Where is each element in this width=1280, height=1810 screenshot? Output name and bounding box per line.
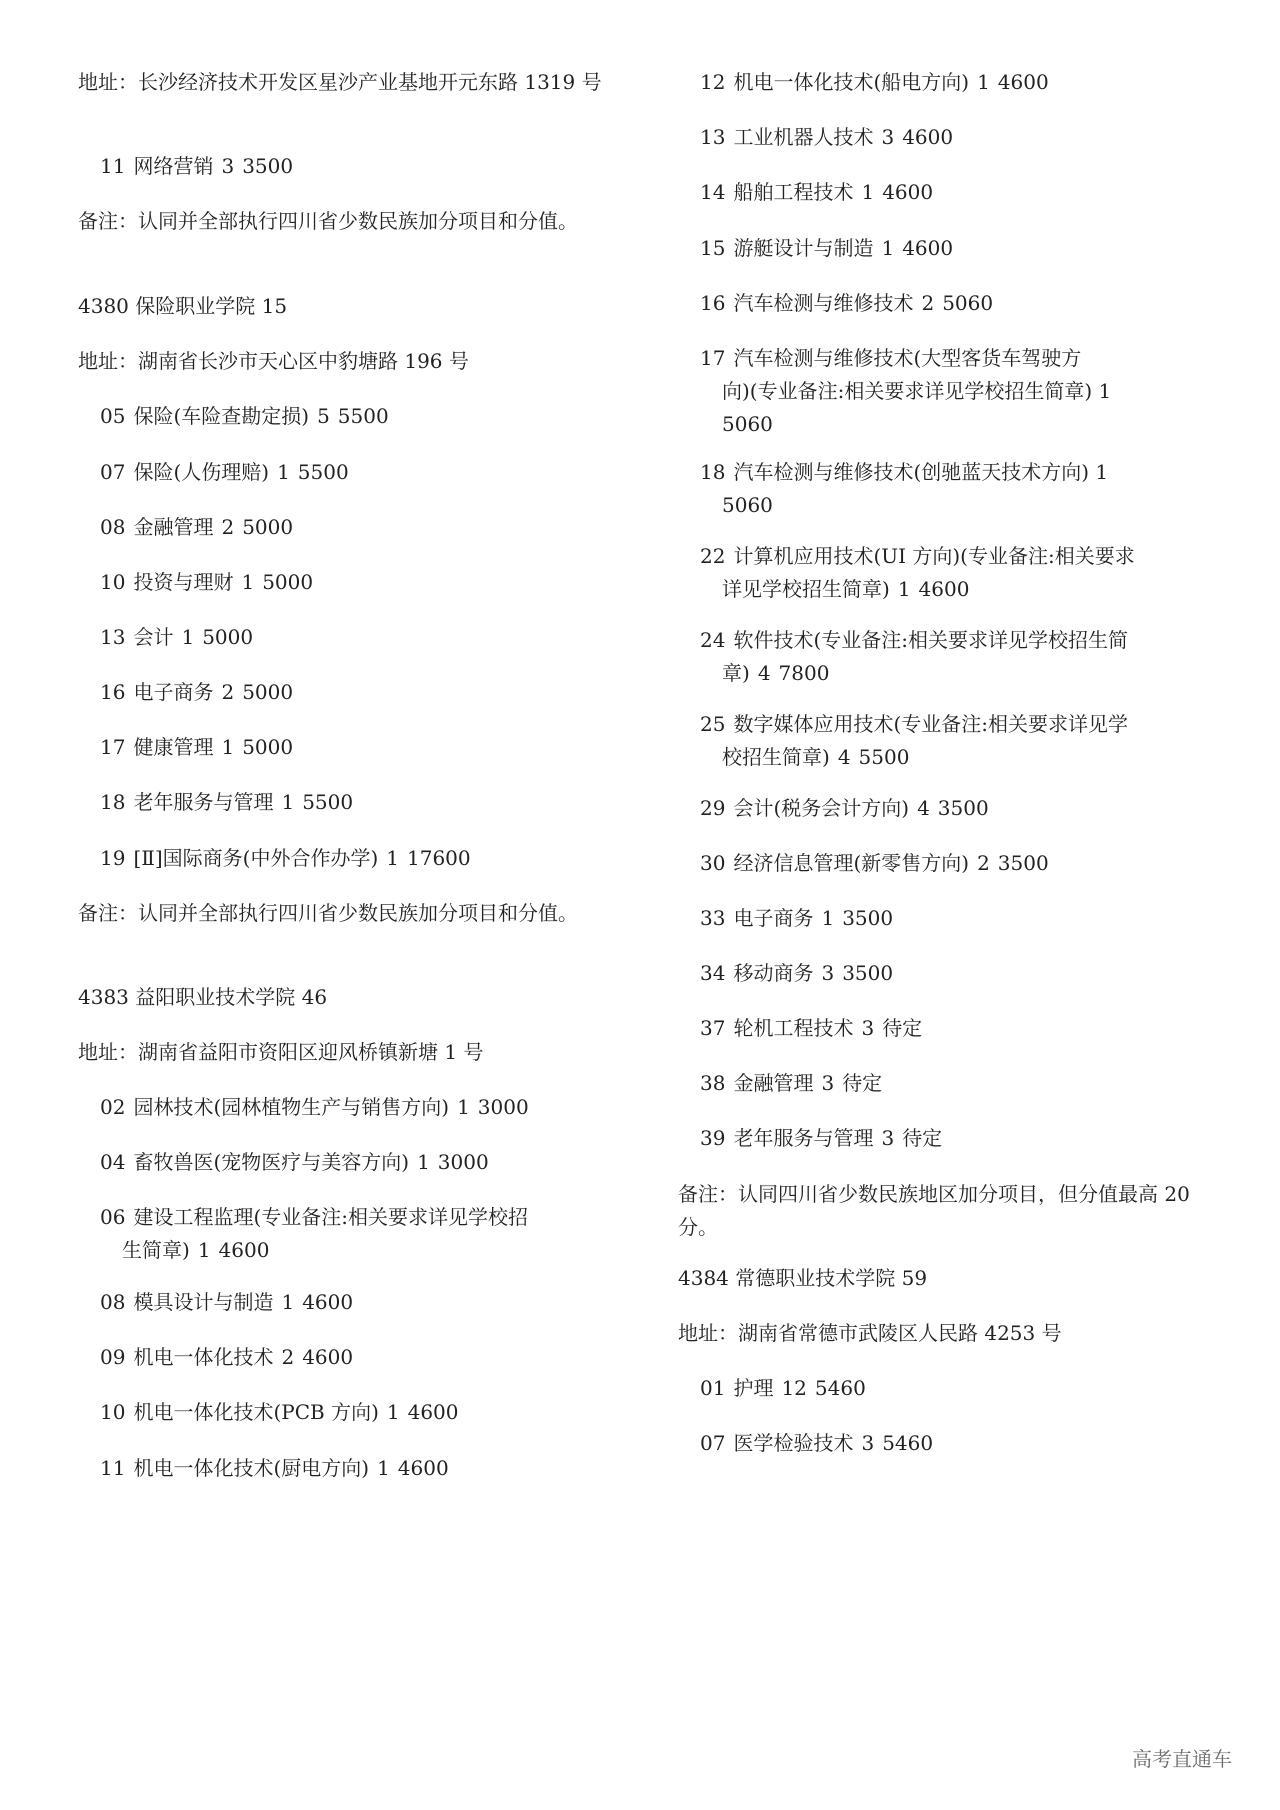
tuition-fee: 5460 — [882, 1431, 933, 1455]
major-name: 船舶工程技术 — [733, 180, 853, 204]
enroll-count: 1 — [181, 625, 194, 649]
major-name: 健康管理 — [133, 735, 213, 759]
text-paragraph: 4384 常德职业技术学院 59 — [678, 1262, 1228, 1295]
major-name: 园林技术(园林植物生产与销售方向) — [133, 1095, 449, 1119]
major-code: 02 — [100, 1095, 125, 1119]
enroll-count: 1 — [821, 906, 834, 930]
wrap-text: 详见学校招生简章) — [722, 577, 890, 601]
major-name: [Ⅱ]国际商务(中外合作办学) — [133, 846, 378, 870]
major-code: 24 — [700, 628, 725, 652]
major-item: 11机电一体化技术(厨电方向)14600 — [78, 1452, 628, 1485]
major-item: 38金融管理3待定 — [678, 1067, 1228, 1100]
major-code: 30 — [700, 851, 725, 875]
major-name-continued: 向)(专业备注:相关要求详见学校招生简章) 15060 — [700, 375, 1228, 441]
tuition-fee: 4600 — [398, 1456, 449, 1480]
enroll-count: 4 — [758, 661, 771, 685]
major-code: 16 — [100, 680, 125, 704]
major-item: 37轮机工程技术3待定 — [678, 1012, 1228, 1045]
major-name-continued: 5060 — [700, 489, 1228, 522]
major-code: 17 — [700, 346, 725, 370]
major-code: 11 — [100, 154, 125, 178]
major-code: 18 — [100, 790, 125, 814]
major-item: 09机电一体化技术24600 — [78, 1341, 628, 1374]
major-name: 投资与理财 — [133, 570, 233, 594]
tuition-fee: 7800 — [779, 661, 830, 685]
major-code: 12 — [700, 70, 725, 94]
major-code: 22 — [700, 544, 725, 568]
major-item: 39老年服务与管理3待定 — [678, 1122, 1228, 1155]
tuition-fee: 5000 — [242, 515, 293, 539]
enroll-count: 3 — [221, 154, 234, 178]
major-name: 电子商务 — [133, 680, 213, 704]
enroll-count: 3 — [861, 1431, 874, 1455]
major-name: 机电一体化技术(船电方向) — [733, 70, 969, 94]
watermark: 高考直通车 — [1132, 1743, 1232, 1772]
major-name: 计算机应用技术(UI 方向)(专业备注:相关要求 — [733, 544, 1134, 568]
major-item: 08金融管理25000 — [78, 511, 628, 544]
major-name: 电子商务 — [733, 906, 813, 930]
wrap-text: 5060 — [722, 493, 773, 517]
enroll-count: 1 — [277, 460, 290, 484]
enroll-count: 1 — [977, 70, 990, 94]
tuition-fee: 3500 — [842, 961, 893, 985]
tuition-fee: 3500 — [998, 851, 1049, 875]
enroll-count: 1 — [386, 846, 399, 870]
major-item: 18老年服务与管理15500 — [78, 786, 628, 819]
major-name: 网络营销 — [133, 154, 213, 178]
major-name: 移动商务 — [733, 961, 813, 985]
enroll-count: 3 — [881, 1126, 894, 1150]
tuition-fee: 3500 — [938, 796, 989, 820]
tuition-fee: 待定 — [902, 1126, 942, 1150]
major-code: 15 — [700, 236, 725, 260]
major-item: 19[Ⅱ]国际商务(中外合作办学)117600 — [78, 842, 628, 875]
major-code: 05 — [100, 404, 125, 428]
enroll-count: 2 — [281, 1345, 294, 1369]
enroll-count: 5 — [317, 404, 330, 428]
major-code: 04 — [100, 1150, 125, 1174]
major-code: 11 — [100, 1456, 125, 1480]
enroll-count: 3 — [881, 125, 894, 149]
major-item: 08模具设计与制造14600 — [78, 1286, 628, 1319]
tuition-fee: 5060 — [942, 291, 993, 315]
major-name: 畜牧兽医(宠物医疗与美容方向) — [133, 1150, 409, 1174]
major-name: 机电一体化技术 — [133, 1345, 273, 1369]
major-name: 会计(税务会计方向) — [733, 796, 909, 820]
major-name: 软件技术(专业备注:相关要求详见学校招生简 — [733, 628, 1128, 652]
enroll-count: 1 — [387, 1400, 400, 1424]
major-code: 18 — [700, 460, 725, 484]
tuition-fee: 4600 — [902, 236, 953, 260]
major-name: 保险(车险查勘定损) — [133, 404, 309, 428]
text-paragraph: 4383 益阳职业技术学院 46 — [78, 981, 628, 1014]
major-item: 34移动商务33500 — [678, 957, 1228, 990]
major-item: 10投资与理财15000 — [78, 566, 628, 599]
enroll-count: 2 — [921, 291, 934, 315]
major-item: 13工业机器人技术34600 — [678, 121, 1228, 154]
major-name: 汽车检测与维修技术 — [733, 291, 913, 315]
major-name: 机电一体化技术(厨电方向) — [133, 1456, 369, 1480]
major-code: 08 — [100, 515, 125, 539]
enroll-count: 1 — [861, 180, 874, 204]
major-name: 数字媒体应用技术(专业备注:相关要求详见学 — [733, 712, 1128, 736]
major-item: 14船舶工程技术14600 — [678, 176, 1228, 209]
enroll-count: 1 — [377, 1456, 390, 1480]
tuition-fee: 5500 — [302, 790, 353, 814]
text-paragraph: 地址：湖南省长沙市天心区中豹塘路 196 号 — [78, 345, 628, 378]
major-item: 29会计(税务会计方向)43500 — [678, 792, 1228, 825]
major-code: 10 — [100, 1400, 125, 1424]
major-name-continued: 详见学校招生简章)14600 — [700, 573, 1228, 606]
major-name: 工业机器人技术 — [733, 125, 873, 149]
major-name: 轮机工程技术 — [733, 1016, 853, 1040]
major-item: 22计算机应用技术(UI 方向)(专业备注:相关要求详见学校招生简章)14600 — [678, 540, 1228, 606]
major-code: 29 — [700, 796, 725, 820]
tuition-fee: 4600 — [408, 1400, 459, 1424]
major-item: 25数字媒体应用技术(专业备注:相关要求详见学校招生简章)45500 — [678, 708, 1228, 774]
text-paragraph: 地址：长沙经济技术开发区星沙产业基地开元东路 1319 号 — [78, 66, 628, 99]
enroll-count: 1 — [898, 577, 911, 601]
tuition-fee: 5000 — [262, 570, 313, 594]
major-code: 16 — [700, 291, 725, 315]
major-name: 老年服务与管理 — [733, 1126, 873, 1150]
major-item: 01护理125460 — [678, 1372, 1228, 1405]
enroll-count: 1 — [198, 1238, 211, 1262]
enroll-count: 1 — [281, 1290, 294, 1314]
major-item: 24软件技术(专业备注:相关要求详见学校招生简章)47800 — [678, 624, 1228, 690]
major-name: 保险(人伤理赔) — [133, 460, 269, 484]
major-name: 汽车检测与维修技术(创驰蓝天技术方向) 1 — [733, 460, 1108, 484]
major-item: 30经济信息管理(新零售方向)23500 — [678, 847, 1228, 880]
enroll-count: 1 — [881, 236, 894, 260]
wrap-text: 章) — [722, 661, 750, 685]
enroll-count: 1 — [417, 1150, 430, 1174]
major-code: 34 — [700, 961, 725, 985]
tuition-fee: 5000 — [202, 625, 253, 649]
enroll-count: 2 — [221, 680, 234, 704]
tuition-fee: 3000 — [438, 1150, 489, 1174]
major-item: 04畜牧兽医(宠物医疗与美容方向)13000 — [78, 1146, 628, 1179]
text-paragraph: 地址：湖南省益阳市资阳区迎风桥镇新塘 1 号 — [78, 1036, 628, 1069]
enroll-count: 4 — [838, 745, 851, 769]
wrap-text: 生简章) — [122, 1238, 190, 1262]
major-item: 06建设工程监理(专业备注:相关要求详见学校招生简章)14600 — [78, 1201, 628, 1267]
major-code: 14 — [700, 180, 725, 204]
tuition-fee: 4600 — [998, 70, 1049, 94]
tuition-fee: 5000 — [242, 680, 293, 704]
text-paragraph: 地址：湖南省常德市武陵区人民路 4253 号 — [678, 1317, 1228, 1350]
tuition-fee: 4600 — [302, 1345, 353, 1369]
major-name: 医学检验技术 — [733, 1431, 853, 1455]
major-code: 06 — [100, 1205, 125, 1229]
enroll-count: 1 — [221, 735, 234, 759]
tuition-fee: 5000 — [242, 735, 293, 759]
major-name-continued-2: 5060 — [722, 408, 1228, 441]
tuition-fee: 待定 — [842, 1071, 882, 1095]
tuition-fee: 3000 — [478, 1095, 529, 1119]
major-item: 10机电一体化技术(PCB 方向)14600 — [78, 1396, 628, 1429]
major-code: 25 — [700, 712, 725, 736]
tuition-fee: 4600 — [902, 125, 953, 149]
enroll-count: 3 — [821, 961, 834, 985]
major-code: 07 — [700, 1431, 725, 1455]
major-name: 游艇设计与制造 — [733, 236, 873, 260]
major-name: 金融管理 — [733, 1071, 813, 1095]
major-code: 38 — [700, 1071, 725, 1095]
tuition-fee: 3500 — [242, 154, 293, 178]
enroll-count: 12 — [781, 1376, 806, 1400]
text-paragraph: 备注：认同并全部执行四川省少数民族加分项目和分值。 — [78, 897, 628, 930]
major-code: 10 — [100, 570, 125, 594]
major-name: 汽车检测与维修技术(大型客货车驾驶方 — [733, 346, 1081, 370]
wrap-text: 校招生简章) — [722, 745, 830, 769]
tuition-fee: 4600 — [302, 1290, 353, 1314]
enroll-count: 3 — [821, 1071, 834, 1095]
tuition-fee: 4600 — [882, 180, 933, 204]
major-code: 19 — [100, 846, 125, 870]
enroll-count: 2 — [977, 851, 990, 875]
major-name: 会计 — [133, 625, 173, 649]
enroll-count: 4 — [917, 796, 930, 820]
major-code: 17 — [100, 735, 125, 759]
major-item: 11网络营销33500 — [78, 150, 628, 183]
enroll-count: 1 — [281, 790, 294, 814]
major-item: 17汽车检测与维修技术(大型客货车驾驶方向)(专业备注:相关要求详见学校招生简章… — [678, 342, 1228, 441]
enroll-count: 2 — [221, 515, 234, 539]
major-code: 39 — [700, 1126, 725, 1150]
tuition-fee: 3500 — [842, 906, 893, 930]
major-name: 护理 — [733, 1376, 773, 1400]
major-code: 08 — [100, 1290, 125, 1314]
major-name-continued: 校招生简章)45500 — [700, 741, 1228, 774]
major-item: 13会计15000 — [78, 621, 628, 654]
major-item: 12机电一体化技术(船电方向)14600 — [678, 66, 1228, 99]
major-item: 16汽车检测与维修技术25060 — [678, 287, 1228, 320]
major-item: 07医学检验技术35460 — [678, 1427, 1228, 1460]
major-code: 33 — [700, 906, 725, 930]
tuition-fee: 5500 — [298, 460, 349, 484]
major-name: 模具设计与制造 — [133, 1290, 273, 1314]
major-name: 建设工程监理(专业备注:相关要求详见学校招 — [133, 1205, 528, 1229]
enroll-count: 1 — [241, 570, 254, 594]
tuition-fee: 5500 — [859, 745, 910, 769]
major-item: 18汽车检测与维修技术(创驰蓝天技术方向) 15060 — [678, 456, 1228, 522]
tuition-fee: 17600 — [407, 846, 471, 870]
major-name-continued: 章)47800 — [700, 657, 1228, 690]
major-item: 16电子商务25000 — [78, 676, 628, 709]
major-name: 老年服务与管理 — [133, 790, 273, 814]
major-code: 09 — [100, 1345, 125, 1369]
tuition-fee: 4600 — [219, 1238, 270, 1262]
major-item: 02园林技术(园林植物生产与销售方向)13000 — [78, 1091, 628, 1124]
major-item: 15游艇设计与制造14600 — [678, 232, 1228, 265]
major-code: 01 — [700, 1376, 725, 1400]
major-name: 金融管理 — [133, 515, 213, 539]
major-name-continued: 生简章)14600 — [100, 1234, 628, 1267]
enroll-count: 1 — [457, 1095, 470, 1119]
major-item: 33电子商务13500 — [678, 902, 1228, 935]
major-item: 05保险(车险查勘定损)55500 — [78, 400, 628, 433]
major-code: 13 — [700, 125, 725, 149]
enroll-count: 3 — [861, 1016, 874, 1040]
wrap-text: 向)(专业备注:相关要求详见学校招生简章) 1 — [722, 379, 1111, 403]
text-paragraph: 备注：认同四川省少数民族地区加分项目，但分值最高 20 分。 — [678, 1178, 1228, 1244]
tuition-fee: 5500 — [338, 404, 389, 428]
major-name: 经济信息管理(新零售方向) — [733, 851, 969, 875]
major-code: 13 — [100, 625, 125, 649]
tuition-fee: 5460 — [815, 1376, 866, 1400]
text-paragraph: 4380 保险职业学院 15 — [78, 290, 628, 323]
tuition-fee: 待定 — [882, 1016, 922, 1040]
major-name: 机电一体化技术(PCB 方向) — [133, 1400, 378, 1424]
major-item: 07保险(人伤理赔)15500 — [78, 456, 628, 489]
text-paragraph: 备注：认同并全部执行四川省少数民族加分项目和分值。 — [78, 205, 628, 238]
major-item: 17健康管理15000 — [78, 731, 628, 764]
major-code: 07 — [100, 460, 125, 484]
major-code: 37 — [700, 1016, 725, 1040]
tuition-fee: 4600 — [919, 577, 970, 601]
